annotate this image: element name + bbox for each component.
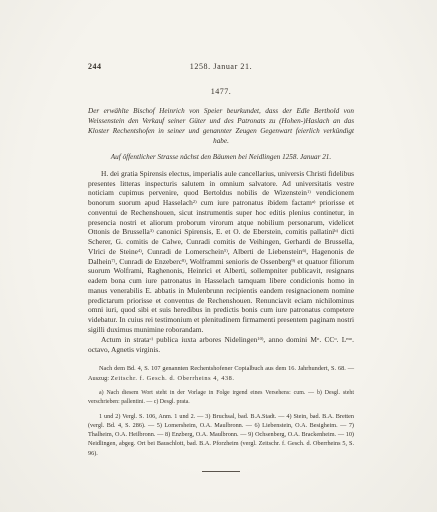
running-header: 244 1258. Januar 21. — [88, 62, 354, 72]
page-content: 244 1258. Januar 21. 1477. Der erwählte … — [88, 62, 354, 472]
entry-number: 1477. — [88, 87, 354, 96]
page-number: 244 — [88, 62, 102, 72]
place-and-date-line: Auf öffentlicher Strasse nächst den Bäum… — [88, 153, 354, 161]
numbered-footnotes: 1 und 2) Vergl. S. 106, Anm. 1 und 2. — … — [88, 412, 354, 458]
actum-paragraph: Actum in stratac) publica iuxta arbores … — [88, 335, 354, 355]
running-head-date: 1258. Januar 21. — [88, 62, 354, 72]
book-page: 244 1258. Januar 21. 1477. Der erwählte … — [0, 0, 437, 512]
regest-summary: Der erwählte Bischof Heinrich von Speier… — [88, 107, 354, 147]
source-note-citation: Zeitschr. f. Gesch. d. Oberrheins 4, 438… — [111, 375, 235, 382]
charter-text: H. dei gratia Spirensis electus, imperia… — [88, 169, 354, 335]
source-note: Nach dem Bd. 4, S. 107 genannten Rechent… — [88, 364, 354, 383]
letter-footnotes: a) Nach diesem Wort steht in der Vorlage… — [88, 389, 354, 406]
section-divider — [202, 471, 240, 472]
